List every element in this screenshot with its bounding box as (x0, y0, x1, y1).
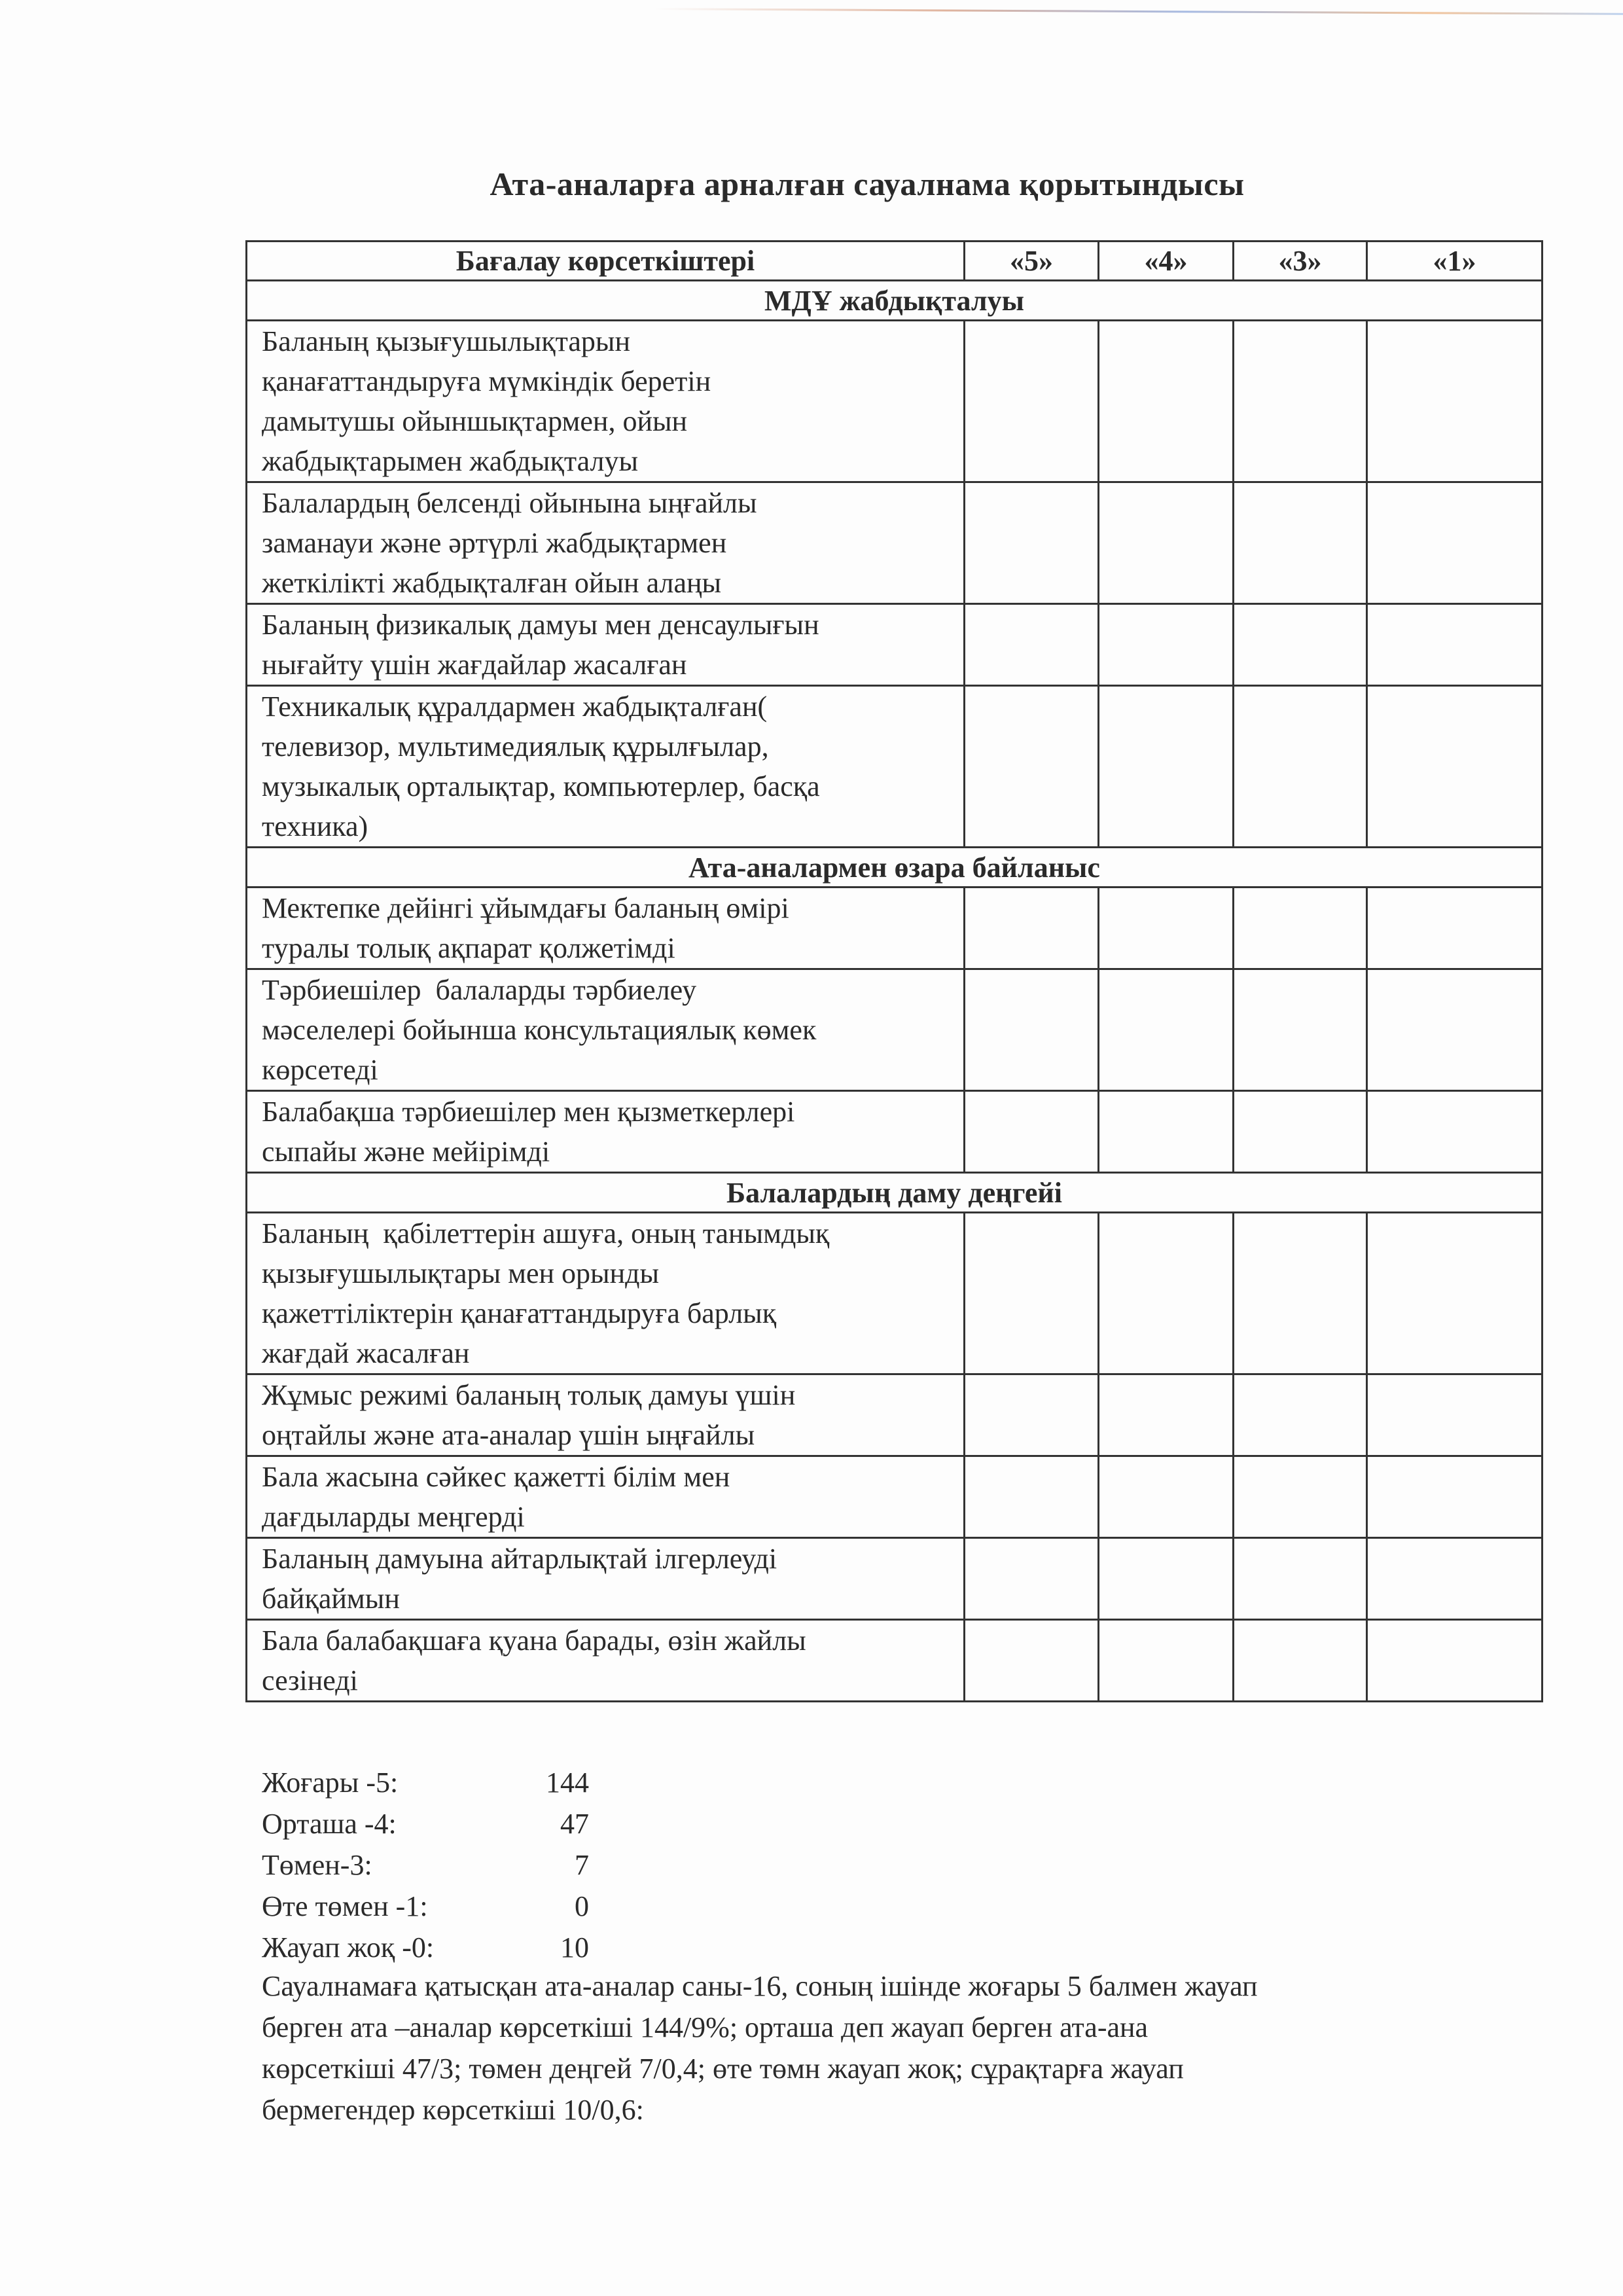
score-cell-3[interactable] (1234, 1456, 1367, 1538)
indicator-line: оңтайлы және ата-аналар үшін ыңғайлы (262, 1415, 953, 1455)
summary-row-medium: Орташа -4: 47 (262, 1803, 589, 1844)
score-cell-3[interactable] (1234, 1538, 1367, 1620)
score-cell-1[interactable] (1367, 1374, 1543, 1456)
score-cell-5[interactable] (965, 1374, 1099, 1456)
indicator-line: Балалардың белсенді ойынына ыңғайлы (262, 483, 953, 523)
table-row: Баланың қызығушылықтарынқанағаттандыруға… (247, 321, 1543, 482)
section-title: Балалардың даму деңгейі (247, 1173, 1543, 1213)
table-row: Техникалық құралдармен жабдықталған(теле… (247, 686, 1543, 848)
indicator-line: Бала балабақшаға қуана барады, өзін жайл… (262, 1621, 953, 1660)
score-cell-4[interactable] (1099, 604, 1234, 686)
indicator-text: Баланың қабілеттерін ашуға, оның танымды… (247, 1213, 965, 1374)
indicator-text: Жұмыс режимі баланың толық дамуы үшіноңт… (247, 1374, 965, 1456)
score-cell-3[interactable] (1234, 969, 1367, 1091)
score-cell-1[interactable] (1367, 1456, 1543, 1538)
score-cell-4[interactable] (1099, 1620, 1234, 1702)
summary-counts: Жоғары -5: 144 Орташа -4: 47 Төмен-3: 7 … (262, 1762, 589, 1968)
score-cell-5[interactable] (965, 321, 1099, 482)
score-cell-1[interactable] (1367, 969, 1543, 1091)
conclusion-line: көрсеткіші 47/3; төмен деңгей 7/0,4; өте… (262, 2048, 1505, 2089)
header-indicators: Бағалау көрсеткіштері (247, 242, 965, 281)
score-cell-4[interactable] (1099, 1213, 1234, 1374)
indicator-text: Баланың дамуына айтарлықтай ілгерлеудіба… (247, 1538, 965, 1620)
indicator-line: Техникалық құралдармен жабдықталған( (262, 687, 953, 726)
indicator-text: Баланың қызығушылықтарынқанағаттандыруға… (247, 321, 965, 482)
header-score-5: «5» (965, 242, 1099, 281)
score-cell-5[interactable] (965, 604, 1099, 686)
indicator-line: туралы толық ақпарат қолжетімді (262, 928, 953, 968)
survey-table: Бағалау көрсеткіштері «5» «4» «3» «1» МД… (245, 240, 1543, 1702)
score-cell-4[interactable] (1099, 686, 1234, 848)
section-row: Ата-аналармен өзара байланыс (247, 848, 1543, 888)
score-cell-4[interactable] (1099, 1374, 1234, 1456)
summary-value: 47 (510, 1803, 589, 1844)
table-row: Мектепке дейінгі ұйымдағы баланың өміріт… (247, 888, 1543, 969)
indicator-line: жеткілікті жабдықталған ойын алаңы (262, 563, 953, 603)
score-cell-3[interactable] (1234, 321, 1367, 482)
indicator-line: байқаймын (262, 1579, 953, 1619)
score-cell-1[interactable] (1367, 604, 1543, 686)
summary-value: 7 (510, 1844, 589, 1886)
section-row: МДҰ жабдықталуы (247, 281, 1543, 321)
summary-label: Төмен-3: (262, 1844, 510, 1886)
table-row: Жұмыс режимі баланың толық дамуы үшіноңт… (247, 1374, 1543, 1456)
score-cell-3[interactable] (1234, 604, 1367, 686)
table-row: Бала балабақшаға қуана барады, өзін жайл… (247, 1620, 1543, 1702)
indicator-line: телевизор, мультимедиялық құрылғылар, (262, 726, 953, 766)
indicator-line: қажеттіліктерін қанағаттандыруға барлық (262, 1293, 953, 1333)
section-title: МДҰ жабдықталуы (247, 281, 1543, 321)
score-cell-5[interactable] (965, 1091, 1099, 1173)
indicator-line: көрсетеді (262, 1050, 953, 1090)
score-cell-5[interactable] (965, 1538, 1099, 1620)
indicator-line: Бала жасына сәйкес қажетті білім мен (262, 1457, 953, 1497)
score-cell-5[interactable] (965, 686, 1099, 848)
indicator-line: техника) (262, 806, 953, 846)
score-cell-3[interactable] (1234, 888, 1367, 969)
score-cell-3[interactable] (1234, 686, 1367, 848)
score-cell-4[interactable] (1099, 321, 1234, 482)
indicator-line: дағдыларды меңгерді (262, 1497, 953, 1537)
indicator-line: Баланың физикалық дамуы мен денсаулығын (262, 605, 953, 645)
survey-table-body: МДҰ жабдықталуыБаланың қызығушылықтарынқ… (247, 281, 1543, 1702)
score-cell-5[interactable] (965, 482, 1099, 604)
indicator-line: қанағаттандыруға мүмкіндік беретін (262, 361, 953, 401)
score-cell-1[interactable] (1367, 482, 1543, 604)
indicator-line: мәселелері бойынша консультациялық көмек (262, 1010, 953, 1050)
indicator-text: Мектепке дейінгі ұйымдағы баланың өміріт… (247, 888, 965, 969)
score-cell-5[interactable] (965, 888, 1099, 969)
score-cell-3[interactable] (1234, 1091, 1367, 1173)
indicator-line: қызығушылықтары мен орынды (262, 1253, 953, 1293)
summary-value: 0 (510, 1886, 589, 1927)
summary-value: 144 (510, 1762, 589, 1803)
indicator-line: сыпайы және мейірімді (262, 1132, 953, 1172)
score-cell-1[interactable] (1367, 1091, 1543, 1173)
table-row: Бала жасына сәйкес қажетті білім мендағд… (247, 1456, 1543, 1538)
score-cell-5[interactable] (965, 969, 1099, 1091)
indicator-line: заманауи және әртүрлі жабдықтармен (262, 523, 953, 563)
table-row: Балалардың белсенді ойынына ыңғайлызаман… (247, 482, 1543, 604)
table-row: Баланың қабілеттерін ашуға, оның танымды… (247, 1213, 1543, 1374)
table-header-row: Бағалау көрсеткіштері «5» «4» «3» «1» (247, 242, 1543, 281)
indicator-line: Мектепке дейінгі ұйымдағы баланың өмірі (262, 888, 953, 928)
document-title: Ата-аналарға арналған сауалнама қорытынд… (0, 165, 1623, 203)
table-row: Баланың дамуына айтарлықтай ілгерлеудіба… (247, 1538, 1543, 1620)
indicator-text: Техникалық құралдармен жабдықталған(теле… (247, 686, 965, 848)
summary-label: Жоғары -5: (262, 1762, 510, 1803)
indicator-line: жағдай жасалған (262, 1333, 953, 1373)
summary-row-no-answer: Жауап жоқ -0: 10 (262, 1927, 589, 1968)
section-row: Балалардың даму деңгейі (247, 1173, 1543, 1213)
section-title: Ата-аналармен өзара байланыс (247, 848, 1543, 888)
indicator-line: Баланың қызығушылықтарын (262, 321, 953, 361)
conclusion-paragraph: Сауалнамаға қатысқан ата-аналар саны-16,… (262, 1965, 1505, 2130)
indicator-text: Баланың физикалық дамуы мен денсаулығынн… (247, 604, 965, 686)
score-cell-4[interactable] (1099, 969, 1234, 1091)
score-cell-3[interactable] (1234, 1374, 1367, 1456)
score-cell-1[interactable] (1367, 1213, 1543, 1374)
score-cell-4[interactable] (1099, 1091, 1234, 1173)
indicator-line: Баланың дамуына айтарлықтай ілгерлеуді (262, 1539, 953, 1579)
indicator-text: Балалардың белсенді ойынына ыңғайлызаман… (247, 482, 965, 604)
summary-row-very-low: Өте төмен -1: 0 (262, 1886, 589, 1927)
indicator-text: Бала жасына сәйкес қажетті білім мендағд… (247, 1456, 965, 1538)
score-cell-5[interactable] (965, 1620, 1099, 1702)
indicator-line: Баланың қабілеттерін ашуға, оның танымды… (262, 1213, 953, 1253)
summary-value: 10 (510, 1927, 589, 1968)
score-cell-4[interactable] (1099, 1456, 1234, 1538)
summary-row-high: Жоғары -5: 144 (262, 1762, 589, 1803)
indicator-line: Балабақша тәрбиешілер мен қызметкерлері (262, 1092, 953, 1132)
indicator-line: Тәрбиешілер балаларды тәрбиелеу (262, 970, 953, 1010)
scan-edge-artifact (654, 8, 1623, 15)
indicator-line: жабдықтарымен жабдықталуы (262, 441, 953, 481)
score-cell-5[interactable] (965, 1213, 1099, 1374)
summary-label: Өте төмен -1: (262, 1886, 510, 1927)
score-cell-1[interactable] (1367, 888, 1543, 969)
conclusion-line: берген ата –аналар көрсеткіші 144/9%; ор… (262, 2007, 1505, 2048)
indicator-text: Бала балабақшаға қуана барады, өзін жайл… (247, 1620, 965, 1702)
score-cell-4[interactable] (1099, 482, 1234, 604)
header-score-4: «4» (1099, 242, 1234, 281)
indicator-line: Жұмыс режимі баланың толық дамуы үшін (262, 1375, 953, 1415)
summary-row-low: Төмен-3: 7 (262, 1844, 589, 1886)
table-row: Тәрбиешілер балаларды тәрбиелеумәселелер… (247, 969, 1543, 1091)
score-cell-1[interactable] (1367, 321, 1543, 482)
score-cell-3[interactable] (1234, 1620, 1367, 1702)
indicator-line: сезінеді (262, 1660, 953, 1700)
score-cell-1[interactable] (1367, 1620, 1543, 1702)
summary-label: Жауап жоқ -0: (262, 1927, 510, 1968)
indicator-line: нығайту үшін жағдайлар жасалған (262, 645, 953, 685)
table-row: Балабақша тәрбиешілер мен қызметкерлеріс… (247, 1091, 1543, 1173)
score-cell-4[interactable] (1099, 1538, 1234, 1620)
score-cell-1[interactable] (1367, 686, 1543, 848)
table-row: Баланың физикалық дамуы мен денсаулығынн… (247, 604, 1543, 686)
summary-label: Орташа -4: (262, 1803, 510, 1844)
score-cell-4[interactable] (1099, 888, 1234, 969)
indicator-line: музыкалық орталықтар, компьютерлер, басқ… (262, 766, 953, 806)
indicator-text: Балабақша тәрбиешілер мен қызметкерлеріс… (247, 1091, 965, 1173)
conclusion-line: бермегендер көрсеткіші 10/0,6: (262, 2089, 1505, 2130)
score-cell-1[interactable] (1367, 1538, 1543, 1620)
score-cell-3[interactable] (1234, 1213, 1367, 1374)
conclusion-line: Сауалнамаға қатысқан ата-аналар саны-16,… (262, 1965, 1505, 2007)
header-score-1: «1» (1367, 242, 1543, 281)
score-cell-5[interactable] (965, 1456, 1099, 1538)
header-score-3: «3» (1234, 242, 1367, 281)
score-cell-3[interactable] (1234, 482, 1367, 604)
indicator-line: дамытушы ойыншықтармен, ойын (262, 401, 953, 441)
indicator-text: Тәрбиешілер балаларды тәрбиелеумәселелер… (247, 969, 965, 1091)
